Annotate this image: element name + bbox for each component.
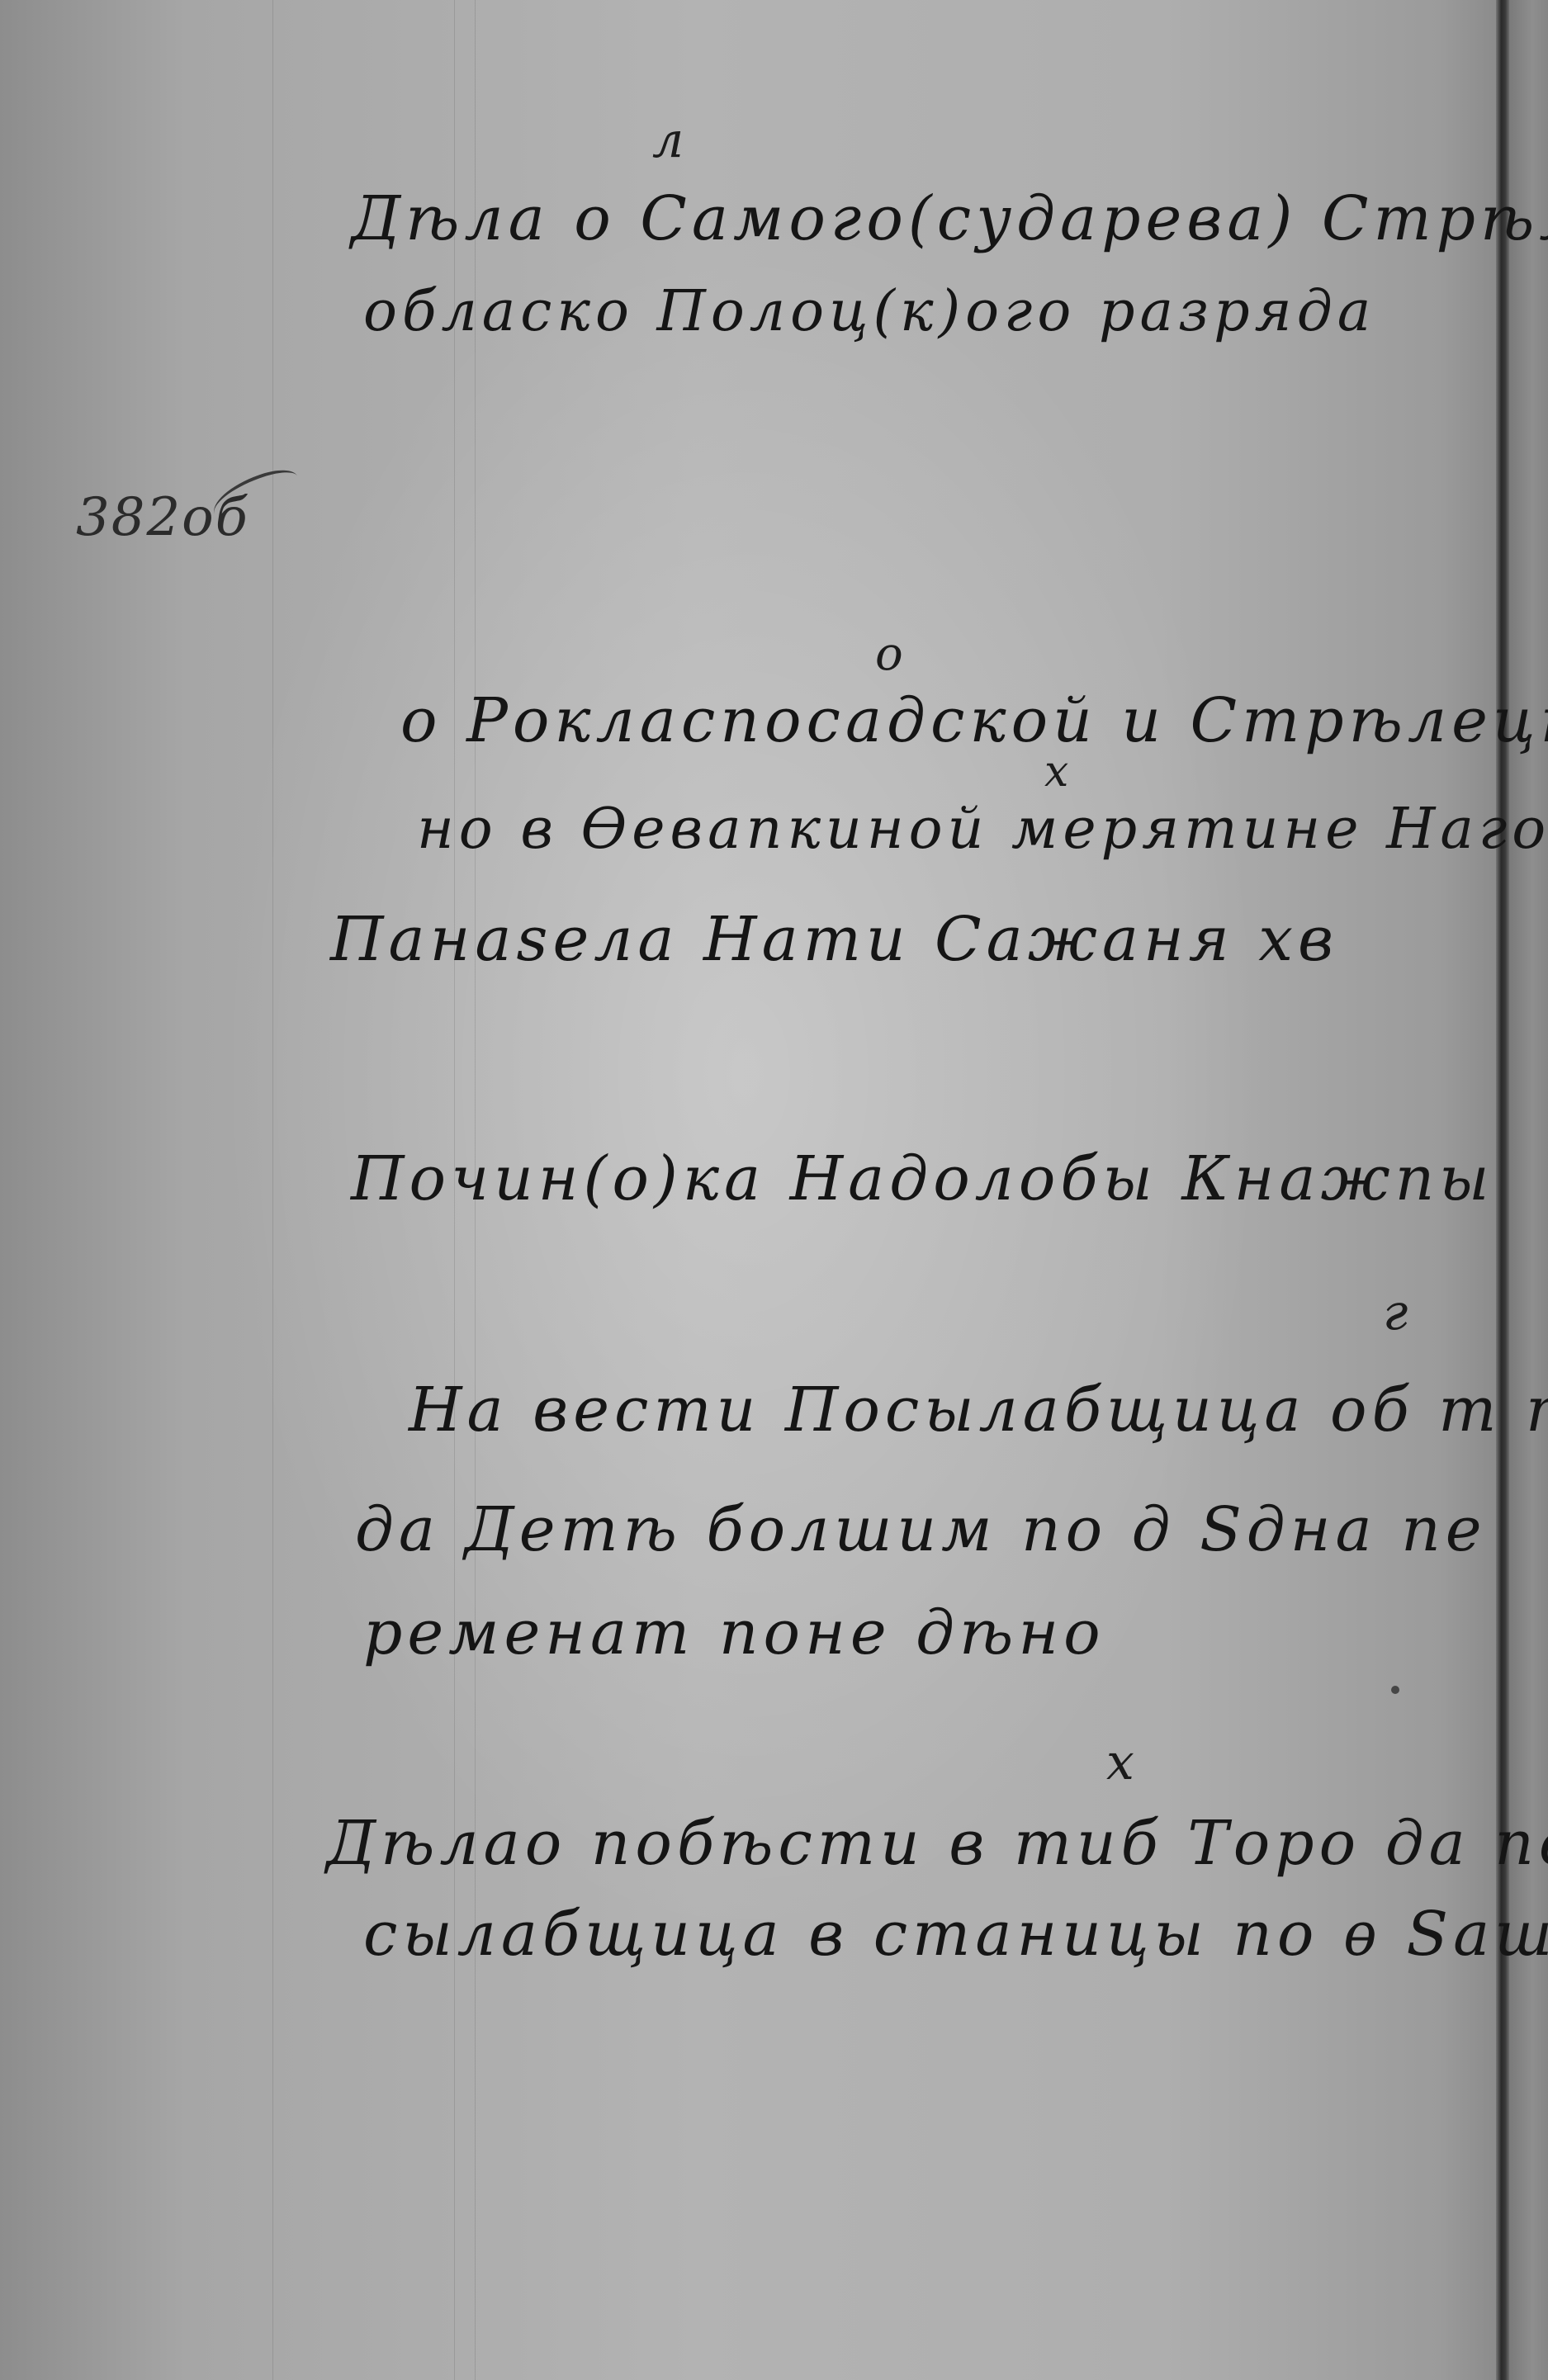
ink-dot	[1391, 1686, 1399, 1694]
manuscript-page: 382об Дѣла о Самого(сударева) Стрѣлецкаг…	[0, 0, 1548, 2380]
superscript-mark: л	[652, 111, 684, 169]
text-line: Дѣлао побѣсти в тиб Торо да по	[326, 1808, 1548, 1879]
folio-flourish	[207, 463, 305, 528]
superscript-mark: г	[1383, 1284, 1408, 1341]
text-line: Почин(о)ка Надолобы Кнажпы	[351, 1143, 1494, 1214]
superscript-mark: о	[875, 627, 903, 681]
text-line: сылабщица в станицы по ѳ Ѕаши в	[363, 1899, 1548, 1970]
binding-edge	[1496, 0, 1509, 2380]
text-line: да Детѣ болшим по д Ѕдна пе	[355, 1494, 1487, 1565]
adjacent-leaf-edge	[1509, 0, 1548, 2380]
heading-line: обласко Полоц(к)ого разряда	[363, 279, 1375, 344]
fold-line	[272, 0, 273, 2380]
text-line: но в Ѳевапкиной мерятине Нагои	[417, 797, 1548, 862]
heading-line: Дѣла о Самого(сударева) Стрѣлецкаго прик…	[351, 183, 1548, 254]
text-line: ременат поне дѣно	[363, 1597, 1105, 1668]
text-line: Панаѕела Нати Сажаня хв	[330, 904, 1338, 975]
superscript-mark: х	[1044, 747, 1068, 797]
text-line: На вести Посылабщица об т торо	[409, 1375, 1548, 1446]
superscript-mark: х	[1106, 1734, 1134, 1791]
text-line: о Рокласпосадской и Стрѣлецких затяжны	[400, 685, 1548, 756]
